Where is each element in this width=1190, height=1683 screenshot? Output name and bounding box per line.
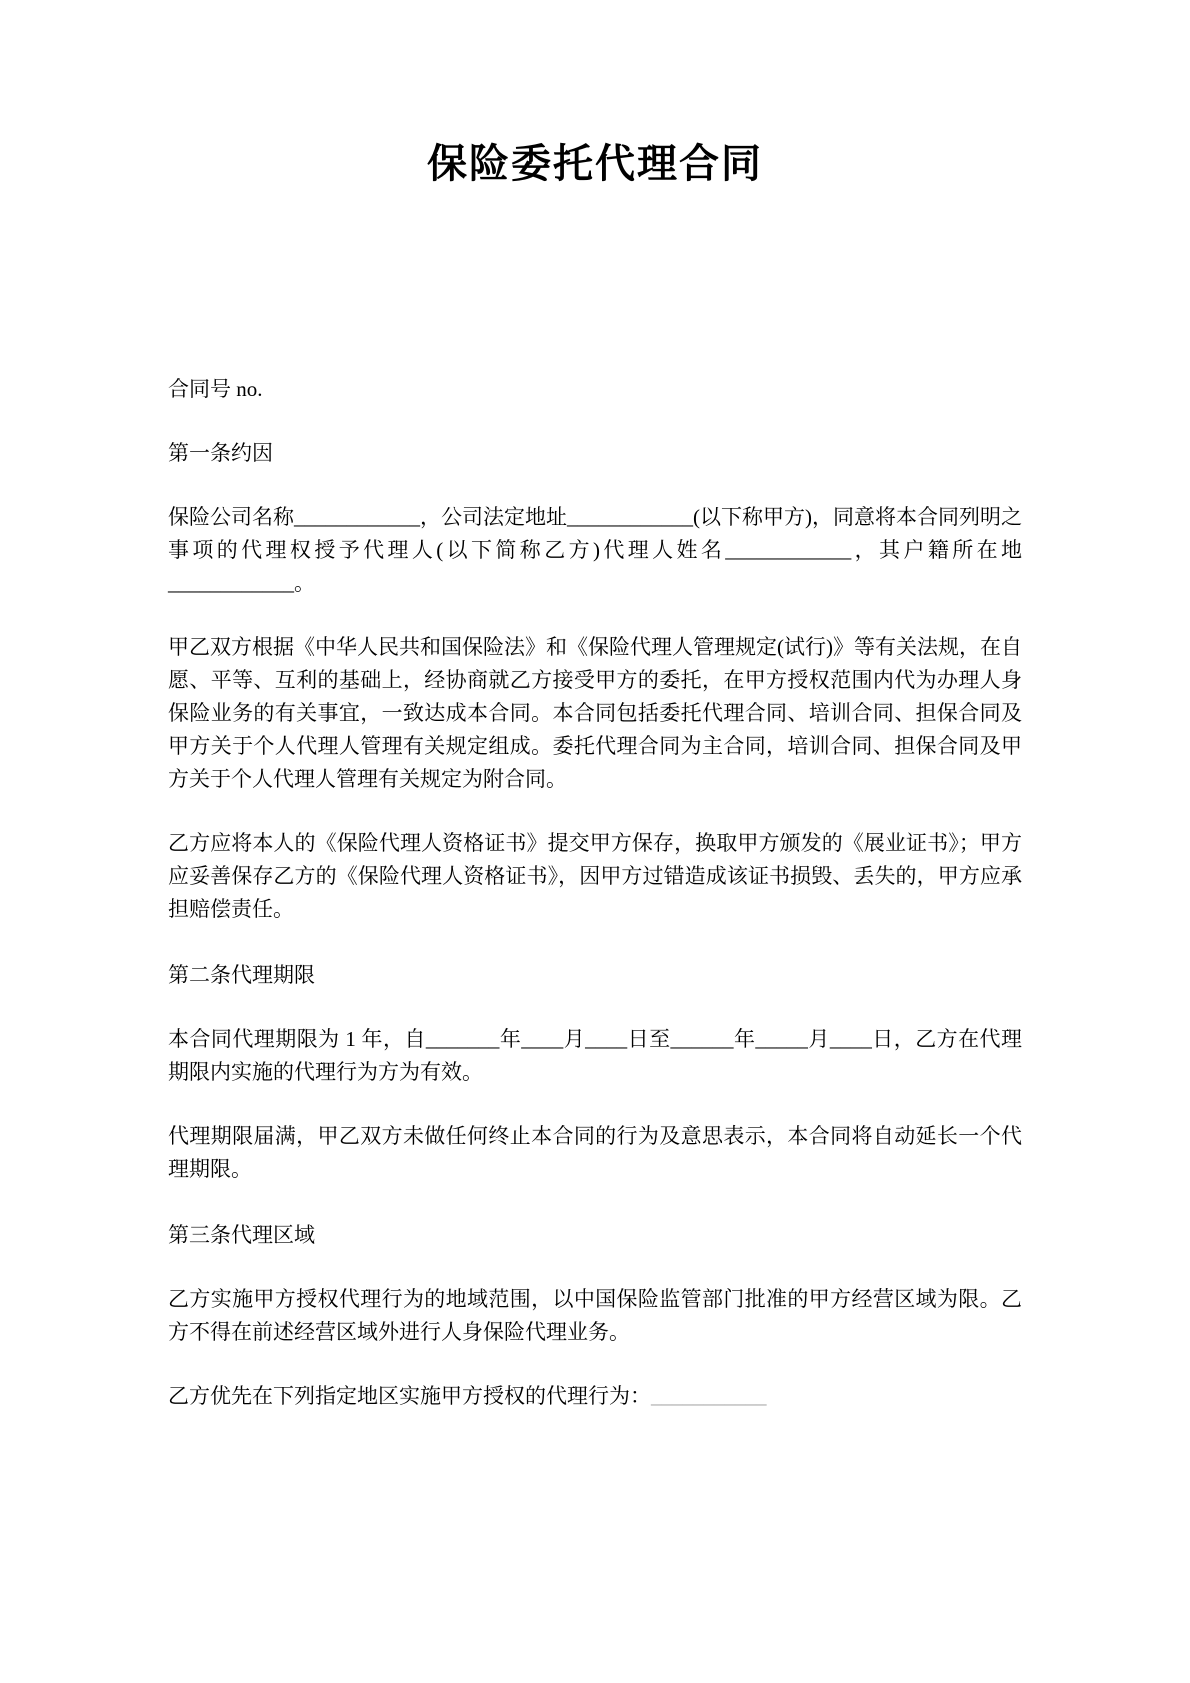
article2-heading: 第二条代理期限 — [168, 959, 1022, 992]
article2-para-renewal: 代理期限届满，甲乙双方未做任何终止本合同的行为及意思表示，本合同将自动延长一个代… — [168, 1120, 1022, 1186]
document-title: 保险委托代理合同 — [168, 140, 1022, 188]
article3-para-region: 乙方实施甲方授权代理行为的地域范围，以中国保险监管部门批准的甲方经营区域为限。乙… — [168, 1283, 1022, 1349]
document-page: 保险委托代理合同 合同号 no. 第一条约因 保险公司名称___________… — [0, 0, 1190, 1683]
article1-para-basis: 甲乙双方根据《中华人民共和国保险法》和《保险代理人管理规定(试行)》等有关法规，… — [168, 631, 1022, 796]
article3-para-priority-region: 乙方优先在下列指定地区实施甲方授权的代理行为：___________ — [168, 1380, 1022, 1413]
article1-para-parties: 保险公司名称____________，公司法定地址____________(以下… — [168, 501, 1022, 600]
article3-priority-region-label: 乙方优先在下列指定地区实施甲方授权的代理行为： — [168, 1384, 651, 1408]
contract-number-line: 合同号 no. — [168, 373, 1022, 406]
article3-heading: 第三条代理区域 — [168, 1219, 1022, 1252]
article2-para-term: 本合同代理期限为 1 年，自_______年____月____日至______年… — [168, 1023, 1022, 1089]
article1-para-certificates: 乙方应将本人的《保险代理人资格证书》提交甲方保存，换取甲方颁发的《展业证书》；甲… — [168, 827, 1022, 926]
fill-in-blank-underline: ___________ — [651, 1384, 767, 1408]
article1-heading: 第一条约因 — [168, 437, 1022, 470]
